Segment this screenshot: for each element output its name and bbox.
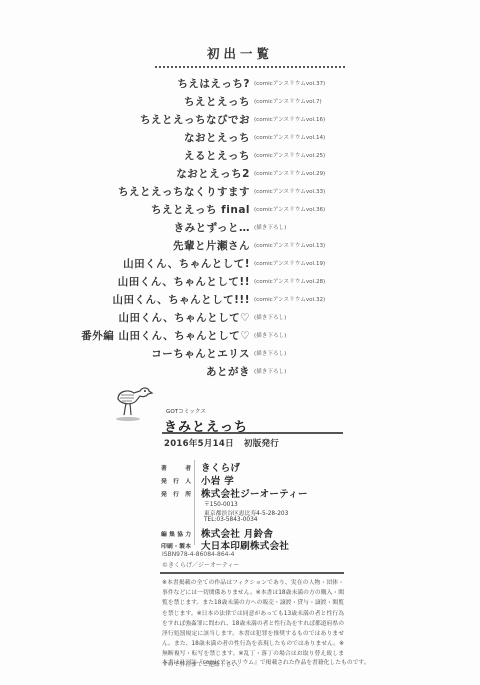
toc-entry-title: 山田くん、ちゃんとして!!! — [113, 292, 251, 307]
isbn: ISBN978-4-86084-864-4 — [162, 551, 234, 558]
toc-entry: ちえとえっちなびでお(comicアンスリウムvol.16) — [0, 112, 480, 130]
imprint-label: GOTコミックス — [166, 407, 206, 415]
toc-entry-source: (comicアンスリウムvol.37) — [254, 79, 325, 87]
toc-entry: なおとえっち(comicアンスリウムvol.14) — [0, 130, 480, 148]
credit-value-printing: 大日本印刷株式会社 — [201, 538, 289, 552]
toc-entry-source: (描き下ろし) — [254, 349, 286, 357]
publication-date: 2016年5月14日初版発行 — [164, 437, 279, 449]
toc-entry: コーちゃんとエリス(描き下ろし) — [0, 346, 480, 364]
toc-entry-source: (comicアンスリウムvol.19) — [254, 259, 325, 267]
toc-entry: ちえとえっち final(comicアンスリウムvol.36) — [0, 202, 480, 220]
toc-entry: ちえとえっち(comicアンスリウムvol.7) — [0, 94, 480, 112]
toc-entry-source: (comicアンスリウムvol.28) — [254, 277, 325, 285]
toc-entry: なおとえっち2(comicアンスリウムvol.29) — [0, 166, 480, 184]
edition-text: 初版発行 — [244, 439, 279, 449]
toc-entry-source: (comicアンスリウムvol.33) — [254, 187, 325, 195]
bird-logo-icon — [114, 383, 154, 425]
credit-label-editing: 編集協力 — [161, 529, 191, 538]
toc-entry-title: なおとえっち2 — [176, 166, 250, 181]
toc-entry-title: ちえとえっち — [184, 94, 250, 109]
toc-entry: ちえとえっちなくりすます(comicアンスリウムvol.33) — [0, 184, 480, 202]
credit-value-publisher: 株式会社ジーオーティー — [201, 486, 308, 500]
toc-entry-title: コーちゃんとエリス — [151, 346, 250, 361]
credits-divider — [194, 460, 195, 545]
notice-divider — [160, 572, 344, 574]
toc-entry-source: (comicアンスリウムvol.25) — [254, 151, 325, 159]
toc-entry-source: (comicアンスリウムvol.14) — [254, 133, 325, 141]
toc-entry: 山田くん、ちゃんとして!!!(comicアンスリウムvol.32) — [0, 292, 480, 310]
toc-entry-source: (comicアンスリウムvol.7) — [254, 97, 322, 105]
toc-entry-title: 先輩と片瀬さん — [173, 238, 250, 253]
toc-entry-source: (描き下ろし) — [254, 223, 286, 231]
credit-label-author: 著者 — [161, 463, 191, 472]
toc-entry-title: 山田くん、ちゃんとして! — [123, 256, 250, 271]
toc-entry-title: きみとずっと… — [174, 220, 250, 235]
toc-entry: 山田くん、ちゃんとして!!(comicアンスリウムvol.28) — [0, 274, 480, 292]
toc-entry-title: 山田くん、ちゃんとして!! — [118, 274, 250, 289]
date-text: 2016年5月14日 — [164, 439, 234, 449]
toc-entry-title: ちえとえっち final — [151, 202, 250, 217]
toc-entry-source: (comicアンスリウムvol.13) — [254, 241, 325, 249]
toc-entry: 山田くん、ちゃんとして!(comicアンスリウムvol.19) — [0, 256, 480, 274]
toc-entry-source: (comicアンスリウムvol.36) — [254, 205, 325, 213]
toc-entry: 番外編 山田くん、ちゃんとして♡(描き下ろし) — [0, 328, 480, 346]
toc-entry: ちえはえっち?(comicアンスリウムvol.37) — [0, 76, 480, 94]
toc-entry: えるとえっち(comicアンスリウムvol.25) — [0, 148, 480, 166]
toc-entry-source: (描き下ろし) — [254, 313, 286, 321]
toc-entry: 先輩と片瀬さん(comicアンスリウムvol.13) — [0, 238, 480, 256]
toc-title: 初出一覧 — [0, 44, 480, 62]
publisher-address: 東京都渋谷区恵比寿4-5-28-203 — [204, 508, 288, 517]
toc-entry-title: 山田くん、ちゃんとして♡ — [118, 310, 250, 325]
credit-label-printing: 印刷・製本 — [161, 541, 191, 550]
toc-entry-source: (描き下ろし) — [254, 331, 286, 339]
copyright: ©きくらげ／ジーオーティー — [162, 560, 239, 569]
credit-value-author: きくらげ — [201, 460, 240, 474]
toc-entry-title: あとがき — [206, 364, 250, 379]
toc-entry-title: 番外編 山田くん、ちゃんとして♡ — [81, 328, 250, 343]
toc-entry-title: えるとえっち — [184, 148, 250, 163]
toc-entry-title: ちえとえっちなくりすます — [118, 184, 250, 199]
credit-label-publisher: 発行所 — [161, 489, 191, 498]
publisher-tel: TEL:03-5843-0034 — [204, 517, 257, 523]
toc-entry-source: (comicアンスリウムvol.16) — [254, 115, 325, 123]
toc-entry-title: ちえはえっち? — [177, 76, 250, 91]
toc-entry-title: ちえとえっちなびでお — [140, 112, 250, 127]
toc-entry-title: なおとえっち — [184, 130, 250, 145]
toc-entry-source: (描き下ろし) — [254, 367, 286, 375]
publisher-postal: 〒150-0013 — [204, 499, 238, 508]
credit-label-publisher-person: 発行人 — [161, 476, 191, 485]
toc-entry: きみとずっと…(描き下ろし) — [0, 220, 480, 238]
toc-entry-source: (comicアンスリウムvol.32) — [254, 295, 325, 303]
dotted-divider — [155, 66, 345, 68]
toc-entry: あとがき(描き下ろし) — [0, 364, 480, 382]
footer-note: 本書は月刊誌『comicアンスリウム』で掲載された作品を書籍化したものです。 — [162, 657, 352, 666]
title-underline — [162, 432, 343, 434]
credit-value-publisher-person: 小岩 学 — [201, 473, 234, 487]
toc-entry: 山田くん、ちゃんとして♡(描き下ろし) — [0, 310, 480, 328]
toc-entry-source: (comicアンスリウムvol.29) — [254, 169, 325, 177]
